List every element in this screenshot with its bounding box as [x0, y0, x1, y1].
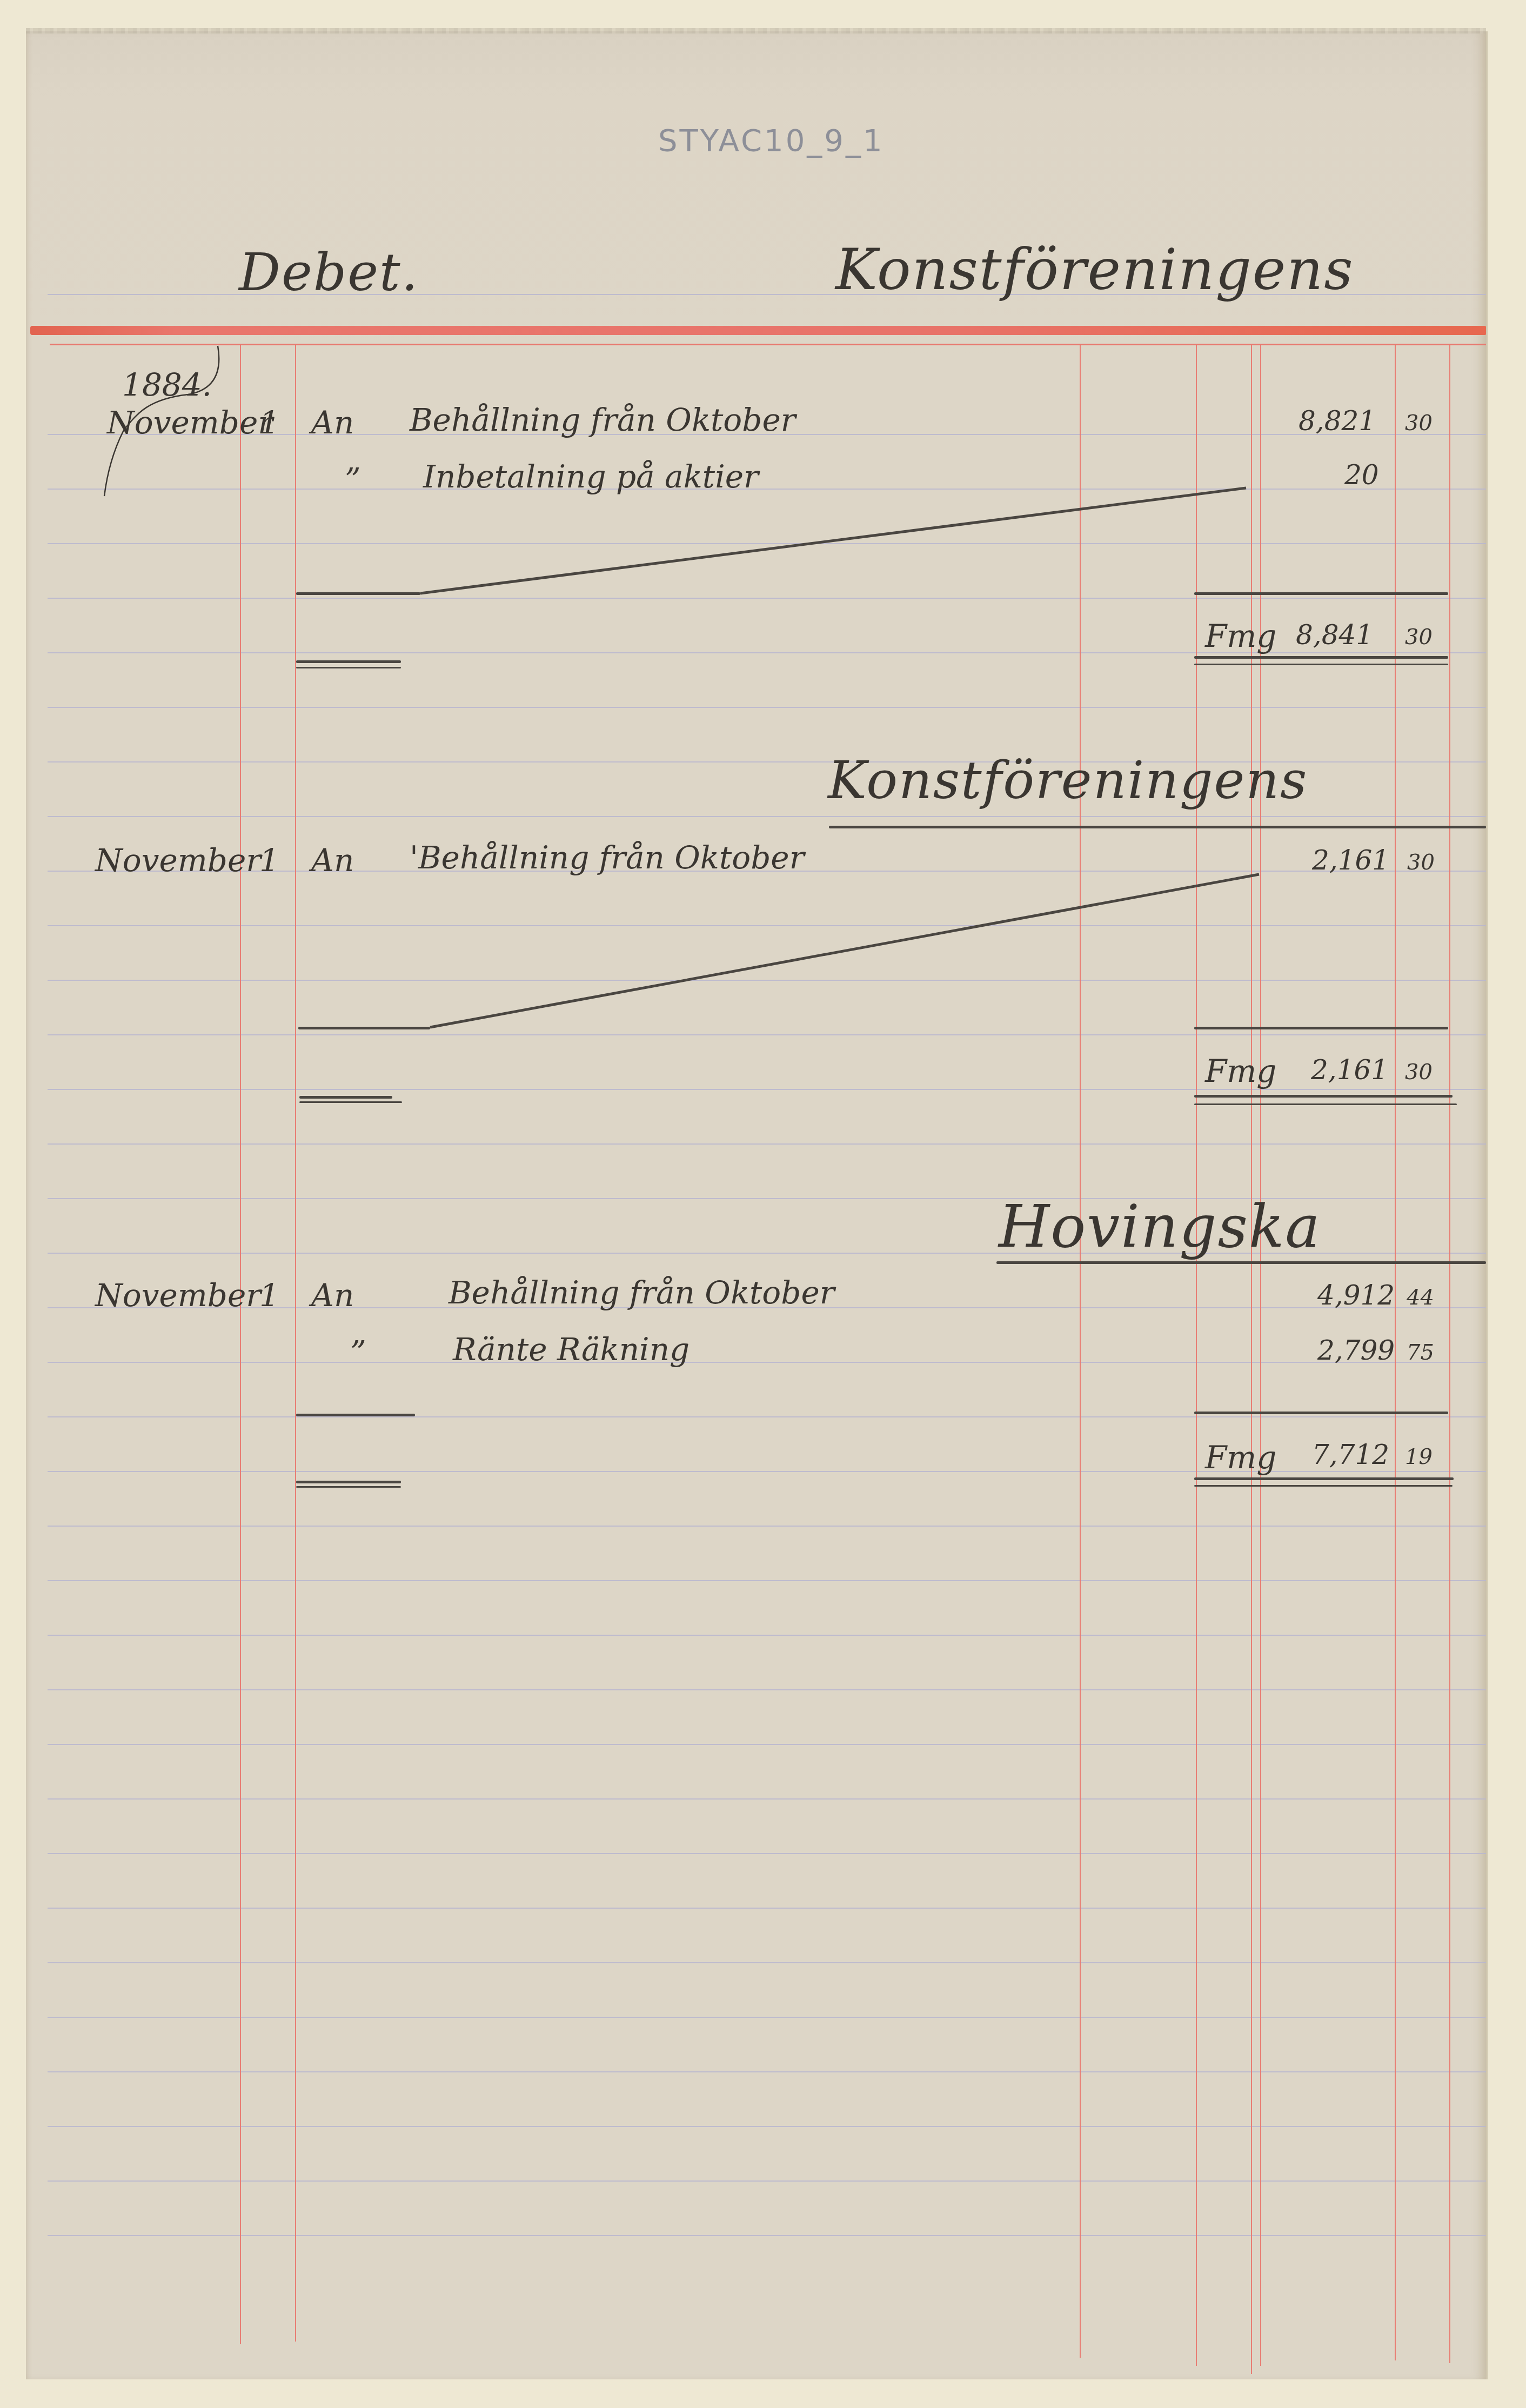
entry-month: November	[95, 1277, 261, 1314]
entry-prefix: ”	[350, 1334, 366, 1370]
entry-prefix: An	[311, 404, 354, 441]
entry-month: November	[95, 842, 261, 879]
entry-cents: 75	[1407, 1340, 1434, 1365]
entry-description: Ränte Räkning	[453, 1331, 690, 1368]
year-label: 1884.	[122, 366, 212, 403]
account-title: Konstföreningens	[828, 750, 1308, 811]
torn-page-edge	[26, 28, 1486, 34]
entry-cents: 44	[1407, 1285, 1434, 1310]
total-label: Fmg	[1205, 1439, 1276, 1476]
archive-mark: STYAC10_9_1	[658, 123, 885, 158]
total-amount: 8,841	[1296, 619, 1373, 651]
entry-amount: 4,912	[1317, 1280, 1395, 1311]
total-cents: 30	[1405, 625, 1433, 650]
entry-description: 'Behållning från Oktober	[410, 839, 804, 876]
diagonal-cancel-line-1	[420, 488, 1246, 593]
entry-day: 1	[259, 1277, 279, 1314]
entry-cents: 30	[1405, 411, 1433, 436]
entry-amount: 2,799	[1317, 1335, 1395, 1366]
header-thin-red-rule	[50, 344, 1486, 345]
entry-description: Inbetalning på aktier	[423, 458, 759, 495]
total-cents: 19	[1405, 1444, 1433, 1469]
entry-day: 1	[259, 404, 279, 441]
account-title-header: Konstföreningens	[835, 237, 1354, 303]
ledger-page: STYAC10_9_1 Debet. Konstföreningens 1884…	[26, 31, 1488, 2379]
header-red-rule	[30, 326, 1486, 335]
entry-cents: 30	[1407, 850, 1435, 875]
entry-description: Behållning från Oktober	[449, 1274, 834, 1311]
diagonal-cancel-line-2	[430, 874, 1259, 1027]
total-cents: 30	[1405, 1060, 1433, 1085]
account-title: Hovingska	[999, 1193, 1321, 1261]
entry-prefix: An	[311, 1277, 354, 1314]
entry-amount: 20	[1344, 459, 1379, 491]
entry-prefix: ”	[345, 461, 361, 498]
total-label: Fmg	[1205, 1053, 1276, 1089]
total-amount: 7,712	[1312, 1439, 1389, 1470]
total-amount: 2,161	[1311, 1054, 1388, 1086]
entry-month: November	[107, 404, 273, 441]
entry-day: 1	[259, 842, 279, 879]
debet-label: Debet.	[239, 242, 419, 303]
entry-description: Behållning från Oktober	[410, 402, 795, 438]
entry-prefix: An	[311, 842, 354, 879]
entry-amount: 2,161	[1312, 845, 1389, 876]
entry-amount: 8,821	[1299, 405, 1376, 437]
total-label: Fmg	[1205, 618, 1276, 654]
